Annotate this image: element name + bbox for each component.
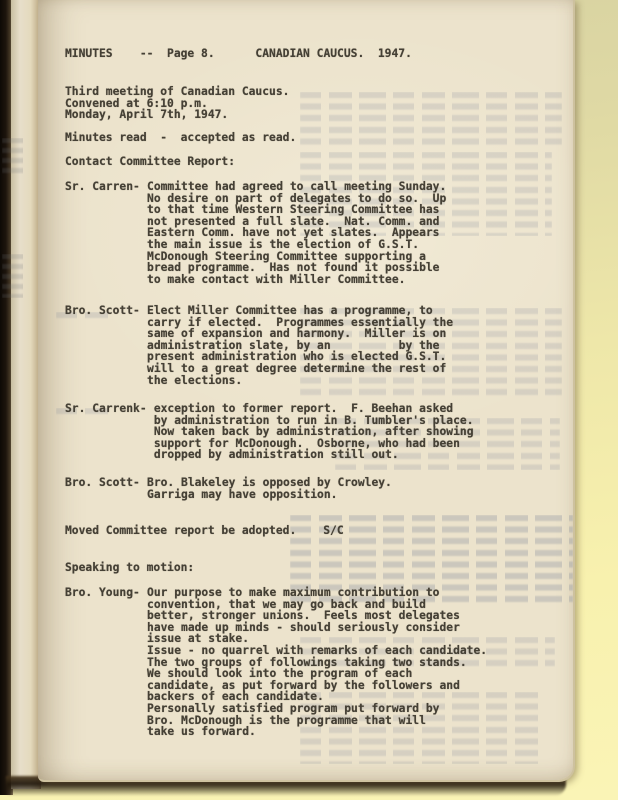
header-line: MINUTES -- Page 8. CANADIAN CAUCUS. 1947…	[65, 48, 412, 60]
bleedthrough-smudge	[2, 254, 30, 298]
typewritten-text-layer: MINUTES -- Page 8. CANADIAN CAUCUS. 1947…	[38, 0, 573, 780]
entry-dash: -	[133, 587, 147, 599]
report-entry: Sr. Carren - Committee had agreed to cal…	[65, 181, 446, 285]
meeting-info: Third meeting of Canadian Caucus. Conven…	[65, 86, 289, 121]
page-header: MINUTES -- Page 8. CANADIAN CAUCUS. 1947…	[65, 48, 412, 60]
motion-line: Moved Committee report be adopted. S/C	[65, 525, 344, 537]
speaker-name: Sr. Carrenk	[65, 403, 140, 415]
report-entry: Bro. Scott - Elect Miller Committee has …	[65, 305, 453, 386]
report-entry: Sr. Carrenk - exception to former report…	[65, 403, 474, 461]
report-entry: Bro. Young - Our purpose to make maximum…	[65, 587, 487, 738]
entry-text: Our purpose to make maximum contribution…	[147, 587, 487, 738]
motion-result: S/C	[323, 525, 343, 537]
minutes-read-line: Minutes read - accepted as read.	[65, 132, 296, 144]
report-entry: Bro. Scott - Bro. Blakeley is opposed by…	[65, 477, 392, 500]
speaker-name: Bro. Scott	[65, 477, 133, 489]
motion-text: Moved Committee report be adopted.	[65, 525, 296, 537]
previous-page-edges	[11, 0, 41, 789]
entry-dash: -	[133, 305, 147, 317]
bleedthrough-smudge	[2, 138, 30, 174]
entry-dash: -	[133, 181, 147, 193]
entry-text: exception to former report. F. Beehan as…	[154, 403, 474, 461]
scanned-minutes-page: MINUTES -- Page 8. CANADIAN CAUCUS. 1947…	[0, 0, 618, 800]
entry-dash: -	[133, 477, 147, 489]
speaking-heading: Speaking to motion:	[65, 562, 194, 574]
entry-text: Elect Miller Committee has a programme, …	[147, 305, 453, 386]
meeting-info-lines: Third meeting of Canadian Caucus. Conven…	[65, 86, 289, 121]
speaker-name: Sr. Carren	[65, 181, 133, 193]
entry-text: Bro. Blakeley is opposed by Crowley. Gar…	[147, 477, 392, 500]
speaker-name: Bro. Scott	[65, 305, 133, 317]
entry-text: Committee had agreed to call meeting Sun…	[147, 181, 446, 285]
section-heading: Contact Committee Report:	[65, 156, 235, 168]
entry-dash: -	[140, 403, 154, 415]
document-page: MINUTES -- Page 8. CANADIAN CAUCUS. 1947…	[38, 0, 573, 782]
speaker-name: Bro. Young	[65, 587, 133, 599]
